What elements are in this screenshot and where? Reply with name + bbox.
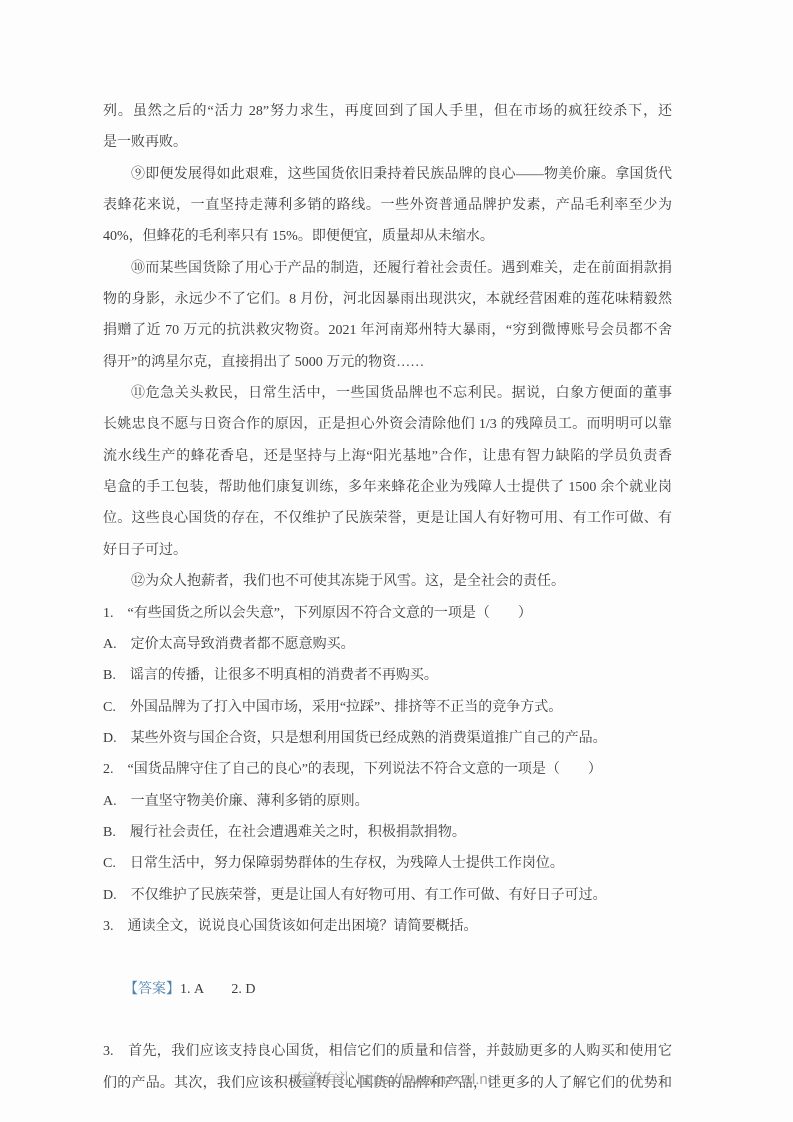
- answer-explanation-line: 3. 首先，我们应该支持良心国货，相信它们的质量和信誉，并鼓励更多的人购买和使用…: [103, 1036, 672, 1067]
- question-1-option: A. 定价太高导致消费者都不愿意购买。: [103, 629, 672, 660]
- question-1-option: C. 外国品牌为了打入中国市场，采用“拉踩”、排挤等不正当的竞争方式。: [103, 692, 672, 723]
- question-2-stem: 2. “国货品牌守住了自己的良心”的表现，下列说法不符合文意的一项是（ ）: [103, 754, 672, 785]
- answer-key-line: 【答案】1. A 2. D: [103, 942, 672, 1036]
- question-3-stem: 3. 通读全文，说说良心国货该如何走出困境？请简要概括。: [103, 911, 672, 942]
- document-content: 列。虽然之后的“活力 28”努力求生，再度回到了国人手里，但在市场的疯狂绞杀下，…: [103, 96, 672, 1099]
- passage-line: 位。这些良心国货的存在，不仅维护了民族荣誉，更是让国人有好物可用、有工作可做、有: [103, 503, 672, 534]
- passage-line: 流水线生产的蜂花香皂，还是坚持与上海“阳光基地”合作，让患有智力缺陷的学员负责香: [103, 441, 672, 472]
- passage-line: ⑨即便发展得如此艰难，这些国货依旧秉持着民族品牌的良心——物美价廉。拿国货代: [103, 159, 672, 190]
- passage-line: ⑪危急关头救民，日常生活中，一些国货品牌也不忘利民。据说，白象方便面的董事: [103, 378, 672, 409]
- passage-line: 列。虽然之后的“活力 28”努力求生，再度回到了国人手里，但在市场的疯狂绞杀下，…: [103, 96, 672, 127]
- answer-label: 【答案】: [124, 982, 180, 997]
- passage-line: 表蜂花来说，一直坚持走薄利多销的路线。一些外资普通品牌护发素，产品毛利率至少为: [103, 190, 672, 221]
- question-2-option: D. 不仅维护了民族荣誉，更是让国人有好物可用、有工作可做、有好日子可过。: [103, 880, 672, 911]
- question-2-option: A. 一直坚守物美价廉、薄利多销的原则。: [103, 786, 672, 817]
- passage-line: 好日子可过。: [103, 535, 672, 566]
- page-footer: 有渔有礼 https://www.nzxwl.net: [0, 1068, 793, 1089]
- document-page: 列。虽然之后的“活力 28”努力求生，再度回到了国人手里，但在市场的疯狂绞杀下，…: [0, 0, 793, 1122]
- passage-line: 40%，但蜂花的毛利率只有 15%。即便便宜，质量却从未缩水。: [103, 221, 672, 252]
- passage-line: 长姚忠良不愿与日资合作的原因，正是担心外资会清除他们 1/3 的残障员工。而明明…: [103, 409, 672, 440]
- question-2-option: C. 日常生活中，努力保障弱势群体的生存权，为残障人士提供工作岗位。: [103, 848, 672, 879]
- passage-line: 得开”的鸿星尔克，直接捐出了 5000 万元的物资……: [103, 347, 672, 378]
- question-1-option: D. 某些外资与国企合资，只是想利用国货已经成熟的消费渠道推广自己的产品。: [103, 723, 672, 754]
- passage-line: 皂盒的手工包装，帮助他们康复训练，多年来蜂花企业为残障人士提供了 1500 余个…: [103, 472, 672, 503]
- passage-line: ⑩而某些国货除了用心于产品的制造，还履行着社会责任。遇到难关，走在前面捐款捐: [103, 253, 672, 284]
- question-2-option: B. 履行社会责任，在社会遭遇难关之时，积极捐款捐物。: [103, 817, 672, 848]
- answer-choices: 1. A 2. D: [180, 982, 255, 997]
- passage-line: ⑫为众人抱薪者，我们也不可使其冻毙于风雪。这，是全社会的责任。: [103, 566, 672, 597]
- passage-line: 是一败再败。: [103, 127, 672, 158]
- footer-text: 有渔有礼 https://www.nzxwl.net: [293, 1071, 501, 1088]
- question-1-option: B. 谣言的传播，让很多不明真相的消费者不再购买。: [103, 660, 672, 691]
- passage-line: 物的身影，永远少不了它们。8 月份，河北因暴雨出现洪灾，本就经营困难的莲花味精毅…: [103, 284, 672, 315]
- passage-line: 捐赠了近 70 万元的抗洪救灾物资。2021 年河南郑州特大暴雨，“穷到微博账号…: [103, 315, 672, 346]
- question-1-stem: 1. “有些国货之所以会失意”，下列原因不符合文意的一项是（ ）: [103, 598, 672, 629]
